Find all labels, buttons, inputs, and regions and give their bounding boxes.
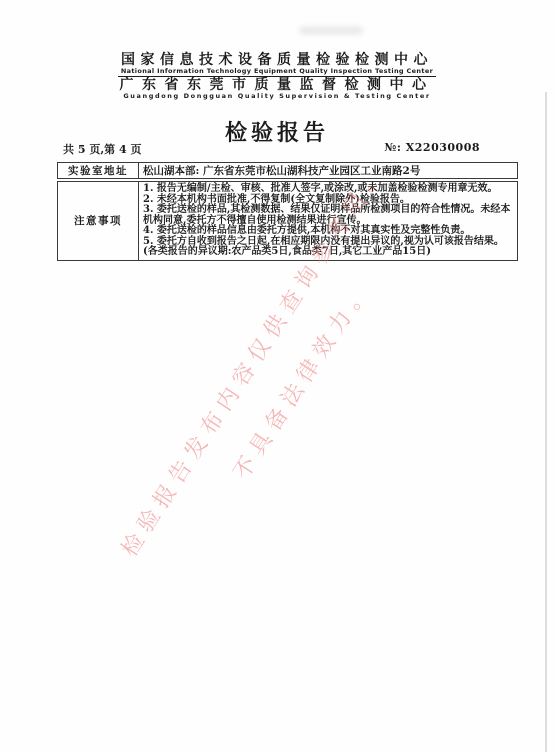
org-primary-name-en: National Information Technology Equipmen… bbox=[0, 68, 554, 75]
info-table: 实验室地址 松山湖本部: 广东省东莞市松山湖科技产业园区工业南路2号 注意事项 … bbox=[57, 162, 518, 261]
lab-address-label: 实验室地址 bbox=[58, 163, 138, 178]
notes-row: 注意事项 1. 报告无编制/主检、审核、批准人签字,或涂改,或未加盖检验检测专用… bbox=[57, 181, 518, 261]
org-primary-name-cn: 国家信息技术设备质量检验检测中心 bbox=[0, 53, 554, 68]
scan-edge-line-artifact bbox=[545, 92, 547, 752]
lab-address-row: 实验室地址 松山湖本部: 广东省东莞市松山湖科技产业园区工业南路2号 bbox=[57, 162, 518, 179]
note-line: 1. 报告无编制/主检、审核、批准人签字,或涂改,或未加盖检验检测专用章无效。 bbox=[143, 184, 514, 195]
report-number-value: X22030008 bbox=[406, 141, 480, 154]
scan-smudge-artifact bbox=[300, 27, 362, 34]
lab-address-value: 松山湖本部: 广东省东莞市松山湖科技产业园区工业南路2号 bbox=[138, 163, 517, 178]
notes-label: 注意事项 bbox=[58, 182, 138, 260]
page-count: 共 5 页,第 4 页 bbox=[63, 141, 141, 157]
letterhead: 国家信息技术设备质量检验检测中心 National Information Te… bbox=[0, 53, 554, 100]
org-secondary-name-cn: 广东省东莞市质量监督检测中心 bbox=[0, 78, 554, 93]
report-page: 国家信息技术设备质量检验检测中心 National Information Te… bbox=[0, 0, 554, 752]
report-number: №: X22030008 bbox=[384, 141, 480, 157]
report-meta: 共 5 页,第 4 页 №: X22030008 bbox=[63, 141, 480, 157]
org-secondary-name-en: Guangdong Dongguan Quality Supervision &… bbox=[0, 93, 554, 100]
report-number-label: №: bbox=[384, 141, 401, 154]
